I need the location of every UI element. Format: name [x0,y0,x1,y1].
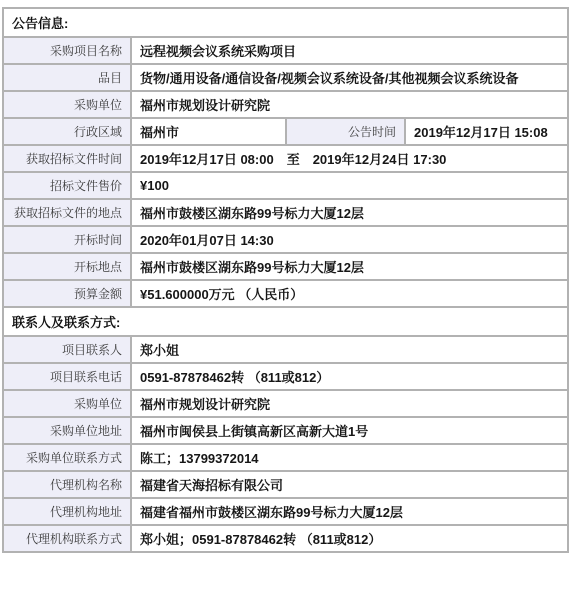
field-value: 福州市规划设计研究院 [131,91,568,118]
field-value: 陈工；13799372014 [131,444,568,471]
table-row: 行政区域 福州市 公告时间 2019年12月17日 15:08 [3,118,568,145]
table-row: 品目 货物/通用设备/通信设备/视频会议系统设备/其他视频会议系统设备 [3,64,568,91]
field-label: 采购单位 [3,390,131,417]
field-label: 采购单位 [3,91,131,118]
table-row-section: 公告信息: [3,8,568,37]
table-row: 开标地点 福州市鼓楼区湖东路99号标力大厦12层 [3,253,568,280]
field-value: 郑小姐；0591-87878462转 （811或812） [131,525,568,552]
field-label: 采购项目名称 [3,37,131,64]
field-value: 0591-87878462转 （811或812） [131,363,568,390]
table-row: 获取招标文件的地点 福州市鼓楼区湖东路99号标力大厦12层 [3,199,568,226]
field-value: 货物/通用设备/通信设备/视频会议系统设备/其他视频会议系统设备 [131,64,568,91]
field-label: 代理机构联系方式 [3,525,131,552]
field-label: 开标时间 [3,226,131,253]
field-value: 2019年12月17日 08:00 至 2019年12月24日 17:30 [131,145,568,172]
field-value: ¥51.600000万元 （人民币） [131,280,568,307]
field-value: 福州市规划设计研究院 [131,390,568,417]
table-row: 采购项目名称 远程视频会议系统采购项目 [3,37,568,64]
announcement-table: 公告信息: 采购项目名称 远程视频会议系统采购项目 品目 货物/通用设备/通信设… [2,7,569,553]
table-row: 预算金额 ¥51.600000万元 （人民币） [3,280,568,307]
field-label: 代理机构地址 [3,498,131,525]
field-label: 获取招标文件时间 [3,145,131,172]
section-header-announcement: 公告信息: [3,8,568,37]
field-value: 2019年12月17日 15:08 [405,118,568,145]
table-row: 获取招标文件时间 2019年12月17日 08:00 至 2019年12月24日… [3,145,568,172]
table-row: 采购单位 福州市规划设计研究院 [3,91,568,118]
field-value: 郑小姐 [131,336,568,363]
field-value: 福州市闽侯县上街镇高新区高新大道1号 [131,417,568,444]
field-value: 福州市 [131,118,286,145]
field-label: 采购单位地址 [3,417,131,444]
table-row: 代理机构地址 福建省福州市鼓楼区湖东路99号标力大厦12层 [3,498,568,525]
table-row: 项目联系电话 0591-87878462转 （811或812） [3,363,568,390]
field-value: 福建省福州市鼓楼区湖东路99号标力大厦12层 [131,498,568,525]
table-row: 采购单位地址 福州市闽侯县上街镇高新区高新大道1号 [3,417,568,444]
field-label: 预算金额 [3,280,131,307]
page: 公告信息: 采购项目名称 远程视频会议系统采购项目 品目 货物/通用设备/通信设… [0,0,571,553]
field-value: 福州市鼓楼区湖东路99号标力大厦12层 [131,199,568,226]
field-label: 项目联系人 [3,336,131,363]
field-value: 福建省天海招标有限公司 [131,471,568,498]
field-value: 福州市鼓楼区湖东路99号标力大厦12层 [131,253,568,280]
field-label: 行政区域 [3,118,131,145]
table-row: 项目联系人 郑小姐 [3,336,568,363]
table-row: 代理机构名称 福建省天海招标有限公司 [3,471,568,498]
field-value: ¥100 [131,172,568,199]
field-label: 代理机构名称 [3,471,131,498]
field-label: 开标地点 [3,253,131,280]
table-row: 开标时间 2020年01月07日 14:30 [3,226,568,253]
table-row: 采购单位 福州市规划设计研究院 [3,390,568,417]
field-label: 公告时间 [286,118,405,145]
table-row-section: 联系人及联系方式: [3,307,568,336]
field-value: 远程视频会议系统采购项目 [131,37,568,64]
field-label: 采购单位联系方式 [3,444,131,471]
table-row: 采购单位联系方式 陈工；13799372014 [3,444,568,471]
section-header-contact: 联系人及联系方式: [3,307,568,336]
field-label: 招标文件售价 [3,172,131,199]
field-label: 项目联系电话 [3,363,131,390]
field-label: 获取招标文件的地点 [3,199,131,226]
field-label: 品目 [3,64,131,91]
table-row: 招标文件售价 ¥100 [3,172,568,199]
table-row: 代理机构联系方式 郑小姐；0591-87878462转 （811或812） [3,525,568,552]
field-value: 2020年01月07日 14:30 [131,226,568,253]
